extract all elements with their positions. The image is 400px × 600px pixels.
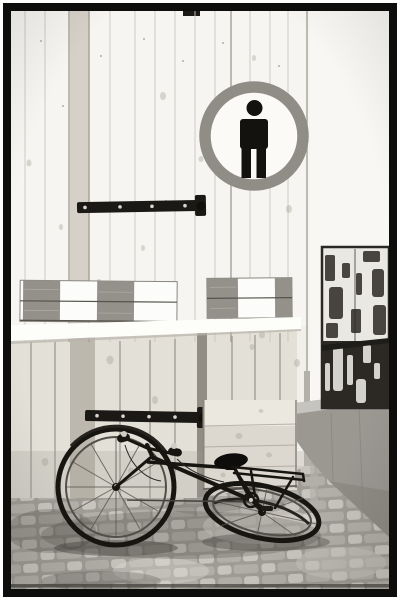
photo-frame (3, 3, 397, 597)
photo-scene (11, 11, 389, 589)
vignette (11, 11, 389, 589)
photograph (11, 11, 389, 589)
screenshot (0, 0, 400, 600)
